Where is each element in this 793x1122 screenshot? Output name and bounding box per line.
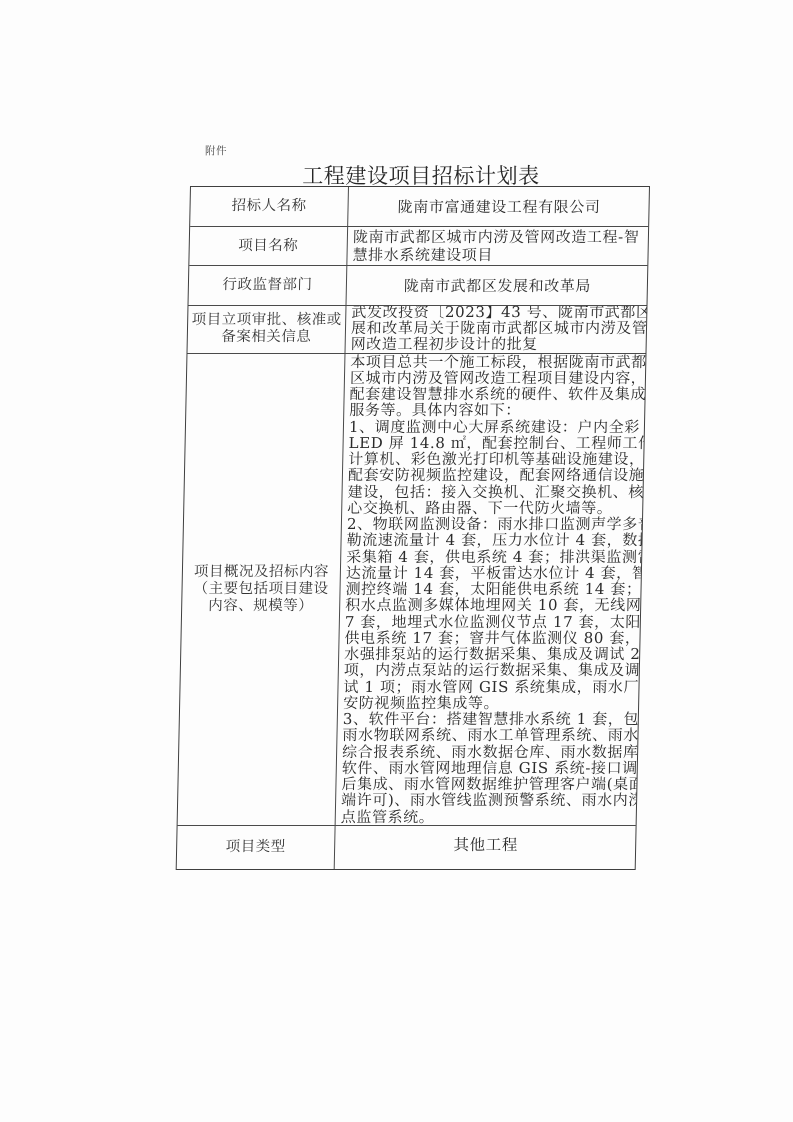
text-line: 项目名称 — [238, 237, 298, 255]
text-line: LED 屏 14.8 ㎡，配套控制台、工程师工作站、 — [348, 435, 645, 451]
text-line: 项目立项审批、核准或 — [192, 312, 342, 329]
text-line: 安防视频监控集成等。 — [343, 695, 499, 711]
value-approval-info: 武发改投资〔2023】43 号、陇南市武都区发展和改革局关于陇南市武都区城市内涝… — [346, 306, 647, 353]
text-line: 备案相关信息 — [221, 329, 311, 346]
text-line: 内容、规模等） — [208, 598, 313, 615]
text-line: 招标人名称 — [231, 197, 306, 215]
text-line: 配套建设智慧排水系统的硬件、软件及集成 — [349, 386, 645, 402]
label-approval-info: 项目立项审批、核准或备案相关信息 — [188, 306, 347, 353]
text-line: 积水点监测多媒体地埋网关 10 套，无线网关 — [345, 597, 645, 613]
label-tenderer-name: 招标人名称 — [190, 187, 349, 226]
text-line: 建设，包括：接入交换机、汇聚交换机、核 — [347, 484, 644, 500]
text-line: 点监管系统。 — [341, 809, 435, 825]
text-line: 3、软件平台：搭建智慧排水系统 1 套，包括： — [343, 711, 646, 727]
text-line: 1、调度监测中心大屏系统建设：户内全彩 — [349, 419, 640, 435]
text-line: 网改造工程初步设计的批复 — [351, 337, 539, 353]
text-line: 服务等。具体内容如下： — [349, 402, 521, 418]
text-line: 项目类型 — [225, 838, 285, 856]
row-project-overview: 项目概况及招标内容（主要包括项目建设内容、规模等） 本项目总共一个施工标段，根据… — [178, 354, 646, 826]
text-line: 行政监督部门 — [222, 276, 312, 294]
text-line: 陇南市武都区发展和改革局 — [404, 275, 592, 296]
text-line: 计算机、彩色激光打印机等基础设施建设， — [348, 451, 645, 467]
text-line: 采集箱 4 套，供电系统 4 套；排洪渠监测雷 — [346, 549, 645, 565]
value-tenderer-name: 陇南市富通建设工程有限公司 — [348, 187, 649, 226]
value-supervision-dept: 陇南市武都区发展和改革局 — [347, 266, 648, 305]
text-line: 达流量计 14 套，平板雷达水位计 4 套，智能 — [346, 565, 646, 581]
row-tenderer-name: 招标人名称 陇南市富通建设工程有限公司 — [190, 187, 649, 227]
row-approval-info: 项目立项审批、核准或备案相关信息 武发改投资〔2023】43 号、陇南市武都区发… — [187, 306, 646, 354]
text-line: 慧排水系统建设项目 — [352, 246, 493, 264]
text-line: 陇南市富通建设工程有限公司 — [397, 196, 600, 217]
text-line: 陇南市武都区城市内涝及管网改造工程-智 — [353, 228, 640, 246]
text-line: 雨水物联网系统、雨水工单管理系统、雨水 — [342, 727, 639, 743]
row-project-type: 项目类型 其他工程 — [177, 826, 636, 869]
text-line: 测控终端 14 套，太阳能供电系统 14 套；易 — [345, 581, 645, 597]
text-line: 区城市内涝及管网改造工程项目建设内容， — [350, 370, 646, 386]
text-line: 勒流速流量计 4 套，压力水位计 4 套，数据 — [346, 532, 645, 548]
text-line: 软件、雨水管网地理信息 GIS 系统-接口调用 — [342, 760, 646, 776]
text-line: 心交换机、路由器、下一代防火墙等。 — [347, 500, 613, 516]
tender-plan-table: 招标人名称 陇南市富通建设工程有限公司 项目名称 陇南市武都区城市内涝及管网改造… — [176, 186, 650, 870]
value-project-type: 其他工程 — [335, 826, 636, 869]
text-line: 试 1 项；雨水管网 GIS 系统集成，雨水厂站 — [343, 679, 645, 695]
text-line: 2、物联网监测设备：雨水排口监测声学多普 — [347, 516, 646, 532]
text-line: 供电系统 17 套；窨井气体监测仪 80 套，雨 — [344, 630, 645, 646]
value-project-overview: 本项目总共一个施工标段，根据陇南市武都区城市内涝及管网改造工程项目建设内容，配套… — [336, 354, 646, 825]
text-line: 项目概况及招标内容 — [194, 564, 329, 581]
text-line: 综合报表系统、雨水数据仓库、雨水数据库 — [342, 744, 639, 760]
label-supervision-dept: 行政监督部门 — [189, 266, 348, 305]
text-line: 本项目总共一个施工标段，根据陇南市武都 — [350, 354, 645, 370]
text-line: 端许可)、雨水管线监测预警系统、雨水内涝 — [341, 792, 644, 808]
text-line: 7 套，地埋式水位监测仪节点 17 套，太阳能 — [345, 614, 646, 630]
text-line: 水强排泵站的运行数据采集、集成及调试 2 — [344, 646, 641, 662]
text-line: 项，内涝点泵站的运行数据采集、集成及调 — [344, 662, 641, 678]
text-line: 后集成、雨水管网数据维护管理客户端(桌面 — [341, 776, 644, 792]
label-project-name: 项目名称 — [189, 227, 348, 266]
row-project-name: 项目名称 陇南市武都区城市内涝及管网改造工程-智慧排水系统建设项目 — [189, 227, 648, 267]
attachment-label: 附件 — [205, 143, 227, 158]
row-supervision-dept: 行政监督部门 陇南市武都区发展和改革局 — [188, 266, 647, 306]
label-project-type: 项目类型 — [177, 826, 336, 869]
text-line: 其他工程 — [453, 833, 518, 855]
text-line: （主要包括项目建设 — [193, 581, 328, 598]
text-line: 配套安防视频监控建设，配套网络通信设施 — [348, 467, 645, 483]
value-project-name: 陇南市武都区城市内涝及管网改造工程-智慧排水系统建设项目 — [347, 227, 648, 266]
label-project-overview: 项目概况及招标内容（主要包括项目建设内容、规模等） — [178, 354, 346, 825]
